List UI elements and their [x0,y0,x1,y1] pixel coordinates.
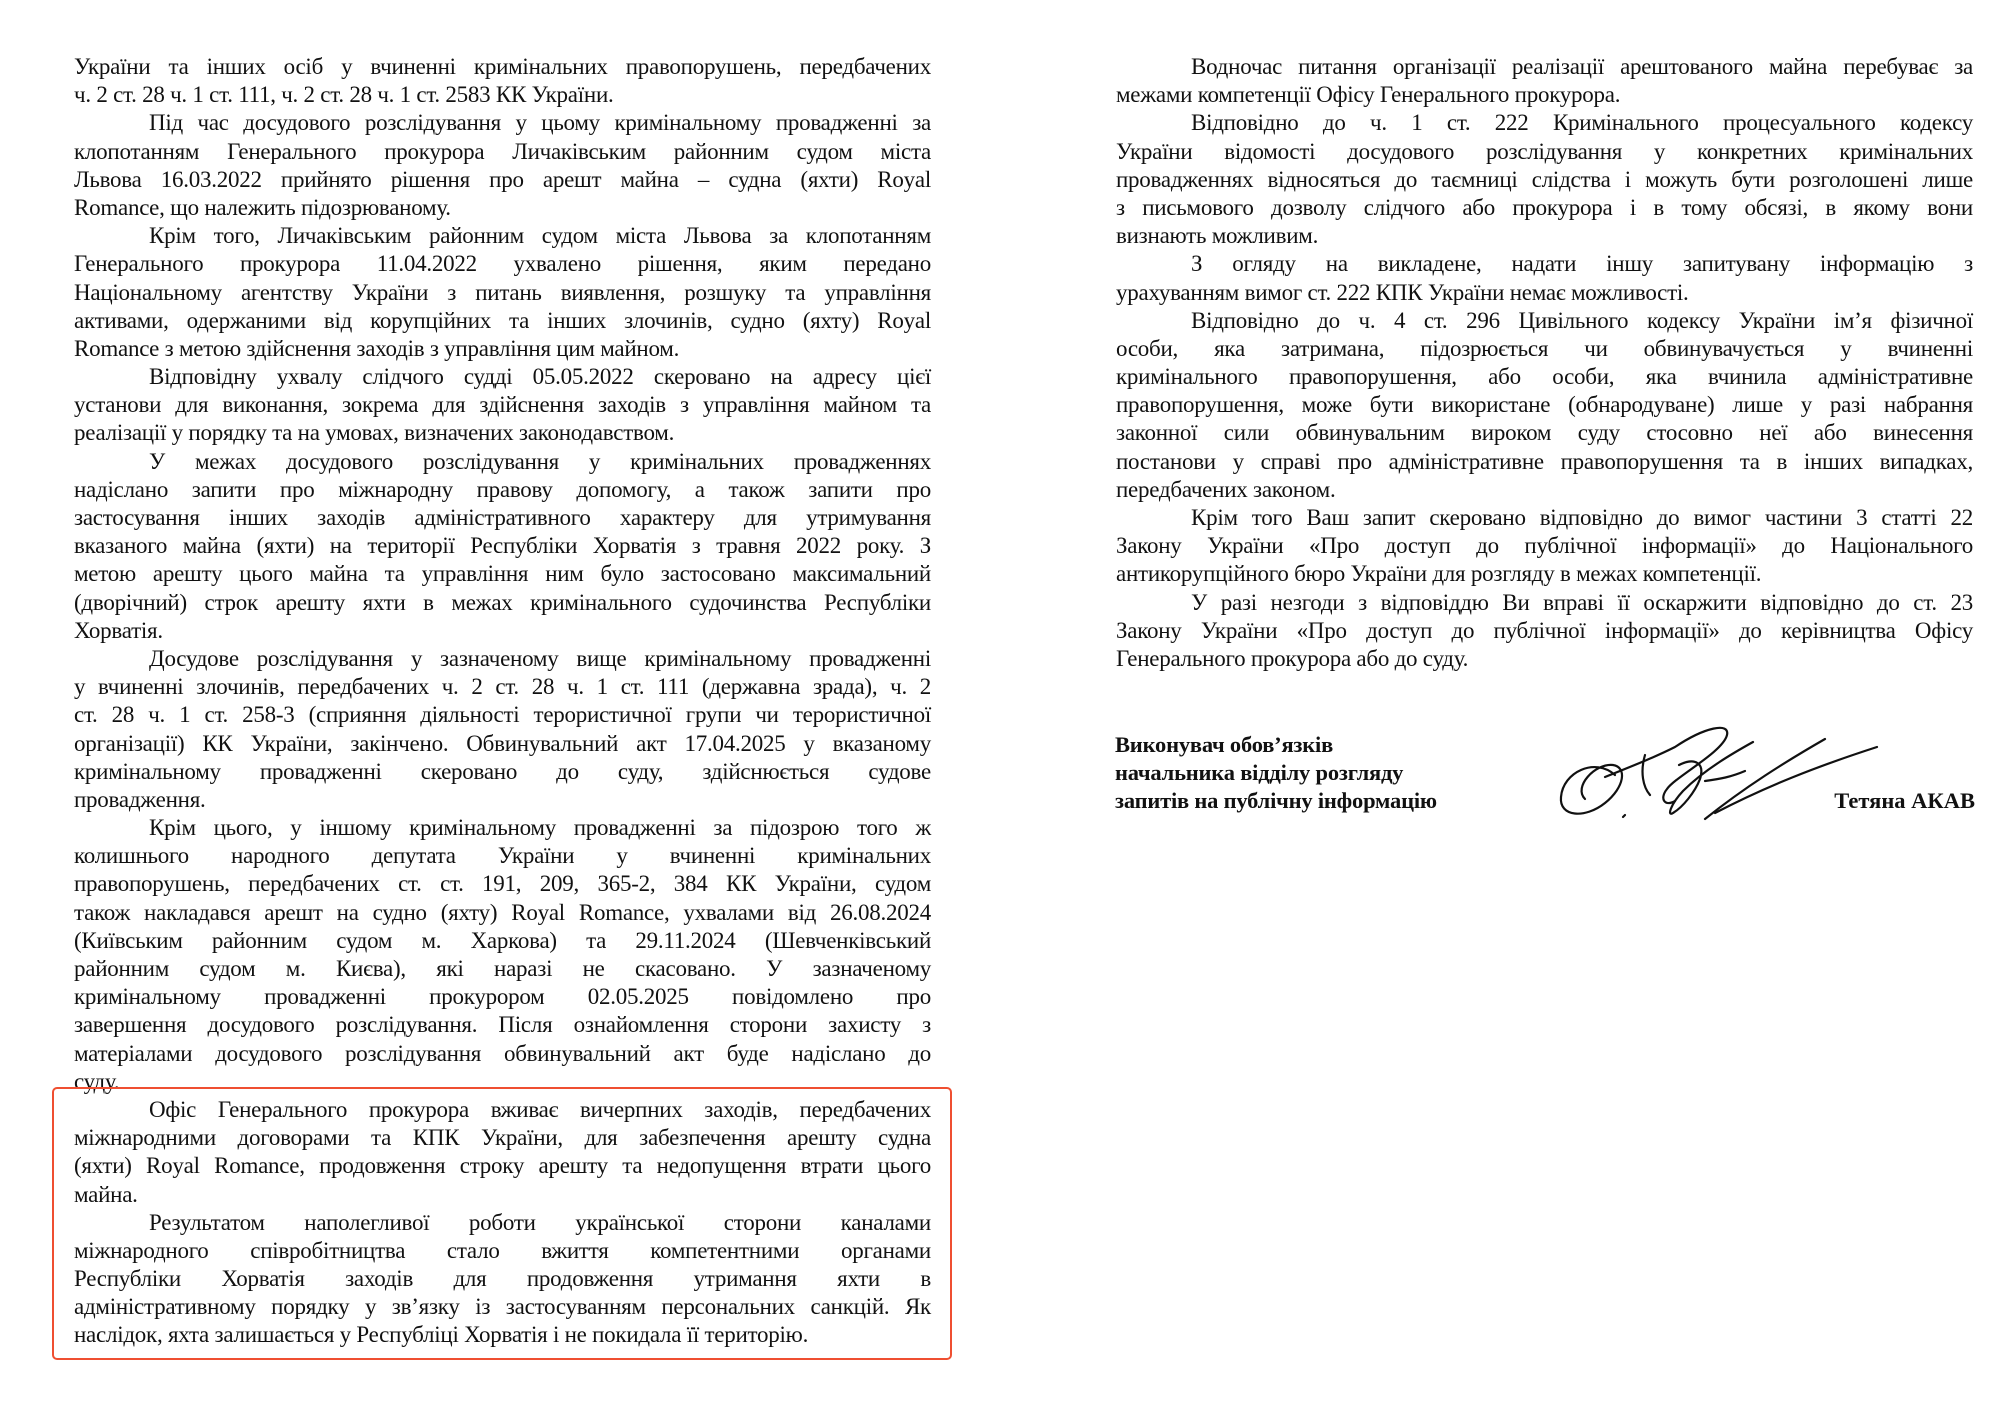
text-line: вказаного майна (яхти) на території Респ… [74,532,931,560]
paragraph: Відповідно до ч. 4 ст. 296 Цивільного ко… [1116,307,1973,504]
text-line: З огляду на викладене, надати іншу запит… [1116,250,1973,278]
paragraph: Крім цього, у іншому кримінальному прова… [74,814,931,1096]
text-line: метою арешту цього майна та управління н… [74,560,931,588]
text-line: з письмового дозволу слідчого або прокур… [1116,194,1973,222]
text-line: установи для виконання, зокрема для здій… [74,391,931,419]
document-page: України та інших осіб у вчиненні криміна… [0,0,2000,1405]
text-line: Під час досудового розслідування у цьому… [74,109,931,137]
text-line: Генерального прокурора 11.04.2022 ухвале… [74,250,931,278]
text-line: урахуванням вимог ст. 222 КПК України не… [1116,279,1973,307]
text-line: провадження. [74,786,931,814]
text-line: передбачених законом. [1116,476,1973,504]
text-line: Відповідну ухвалу слідчого судді 05.05.2… [74,363,931,391]
signature-block: Виконувач обов’язків начальника відділу … [1115,731,1975,831]
paragraph: Під час досудового розслідування у цьому… [74,109,931,222]
text-line: межами компетенції Офісу Генерального пр… [1116,81,1973,109]
text-line: законної сили обвинувальним вироком суду… [1116,419,1973,447]
signatory-title-line: Виконувач обов’язків [1115,731,1437,759]
text-line: колишнього народного депутата України у … [74,842,931,870]
paragraph: Крім того, Личаківським районним судом м… [74,222,931,363]
text-line: застосування інших заходів адміністратив… [74,504,931,532]
paragraph: Досудове розслідування у зазначеному вищ… [74,645,931,814]
text-line: правопорушення, може бути використане (о… [1116,391,1973,419]
paragraph: У разі незгоди з відповіддю Ви вправі її… [1116,589,1973,674]
text-line: завершення досудового розслідування. Піс… [74,1011,931,1039]
text-line: Крім цього, у іншому кримінальному прова… [74,814,931,842]
text-line: Національному агентству України з питань… [74,279,931,307]
text-line: Крім того, Личаківським районним судом м… [74,222,931,250]
right-column: Водночас питання організації реалізації … [1116,53,1973,673]
text-line: кримінальному провадженні прокурором 02.… [74,983,931,1011]
highlight-frame [52,1087,952,1360]
text-line: Водночас питання організації реалізації … [1116,53,1973,81]
text-line: (Київським районним судом м. Харкова) та… [74,927,931,955]
text-line: Крім того Ваш запит скеровано відповідно… [1116,504,1973,532]
text-line: постанови у справі про адміністративне п… [1116,448,1973,476]
text-line: матеріалами досудового розслідування обв… [74,1040,931,1068]
text-line: Генерального прокурора або до суду. [1116,645,1973,673]
paragraph: Відповідну ухвалу слідчого судді 05.05.2… [74,363,931,448]
text-line: у вчиненні злочинів, передбачених ч. 2 с… [74,673,931,701]
text-line: районним судом м. Києва), які наразі не … [74,955,931,983]
paragraph: України та інших осіб у вчиненні криміна… [74,53,931,109]
paragraph: Водночас питання організації реалізації … [1116,53,1973,109]
text-line: Відповідно до ч. 1 ст. 222 Кримінального… [1116,109,1973,137]
signatory-name: Тетяна АКАВ [1834,787,1975,815]
text-line: Досудове розслідування у зазначеному вищ… [74,645,931,673]
text-line: організації) КК України, закінчено. Обви… [74,730,931,758]
paragraph: Відповідно до ч. 1 ст. 222 Кримінального… [1116,109,1973,250]
text-line: Закону України «Про доступ до публічної … [1116,532,1973,560]
text-line: Закону України «Про доступ до публічної … [1116,617,1973,645]
text-line: Львова 16.03.2022 прийнято рішення про а… [74,166,931,194]
text-line: кримінальному провадженні скеровано до с… [74,758,931,786]
text-line: особи, яка затримана, підозрюється чи об… [1116,335,1973,363]
text-line: ч. 2 ст. 28 ч. 1 ст. 111, ч. 2 ст. 28 ч.… [74,81,931,109]
text-line: України та інших осіб у вчиненні криміна… [74,53,931,81]
paragraph: У межах досудового розслідування у кримі… [74,448,931,645]
text-line: (дворічний) строк арешту яхти в межах кр… [74,589,931,617]
text-line: У межах досудового розслідування у кримі… [74,448,931,476]
text-line: визнають можливим. [1116,222,1973,250]
text-line: Romance, що належить підозрюваному. [74,194,931,222]
text-line: Romance з метою здійснення заходів з упр… [74,335,931,363]
text-line: провадженнях відносяться до таємниці слі… [1116,166,1973,194]
text-line: Хорватія. [74,617,931,645]
signatory-title-line: начальника відділу розгляду [1115,759,1437,787]
signatory-title-line: запитів на публічну інформацію [1115,787,1437,815]
text-line: ст. 28 ч. 1 ст. 258-3 (сприяння діяльнос… [74,701,931,729]
text-line: надіслано запити про міжнародну правову … [74,476,931,504]
text-line: реалізації у порядку та на умовах, визна… [74,419,931,447]
text-line: кримінального правопорушення, або особи,… [1116,363,1973,391]
paragraph: З огляду на викладене, надати іншу запит… [1116,250,1973,306]
text-line: правопорушень, передбачених ст. ст. 191,… [74,870,931,898]
text-line: антикорупційного бюро України для розгля… [1116,560,1973,588]
paragraph: Крім того Ваш запит скеровано відповідно… [1116,504,1973,589]
text-line: Відповідно до ч. 4 ст. 296 Цивільного ко… [1116,307,1973,335]
text-line: також накладався арешт на судно (яхту) R… [74,899,931,927]
text-line: активами, одержаними від корупційних та … [74,307,931,335]
signatory-title: Виконувач обов’язків начальника відділу … [1115,731,1437,816]
text-line: клопотанням Генерального прокурора Личак… [74,138,931,166]
text-line: України відомості досудового розслідуван… [1116,138,1973,166]
text-line: У разі незгоди з відповіддю Ви вправі її… [1116,589,1973,617]
